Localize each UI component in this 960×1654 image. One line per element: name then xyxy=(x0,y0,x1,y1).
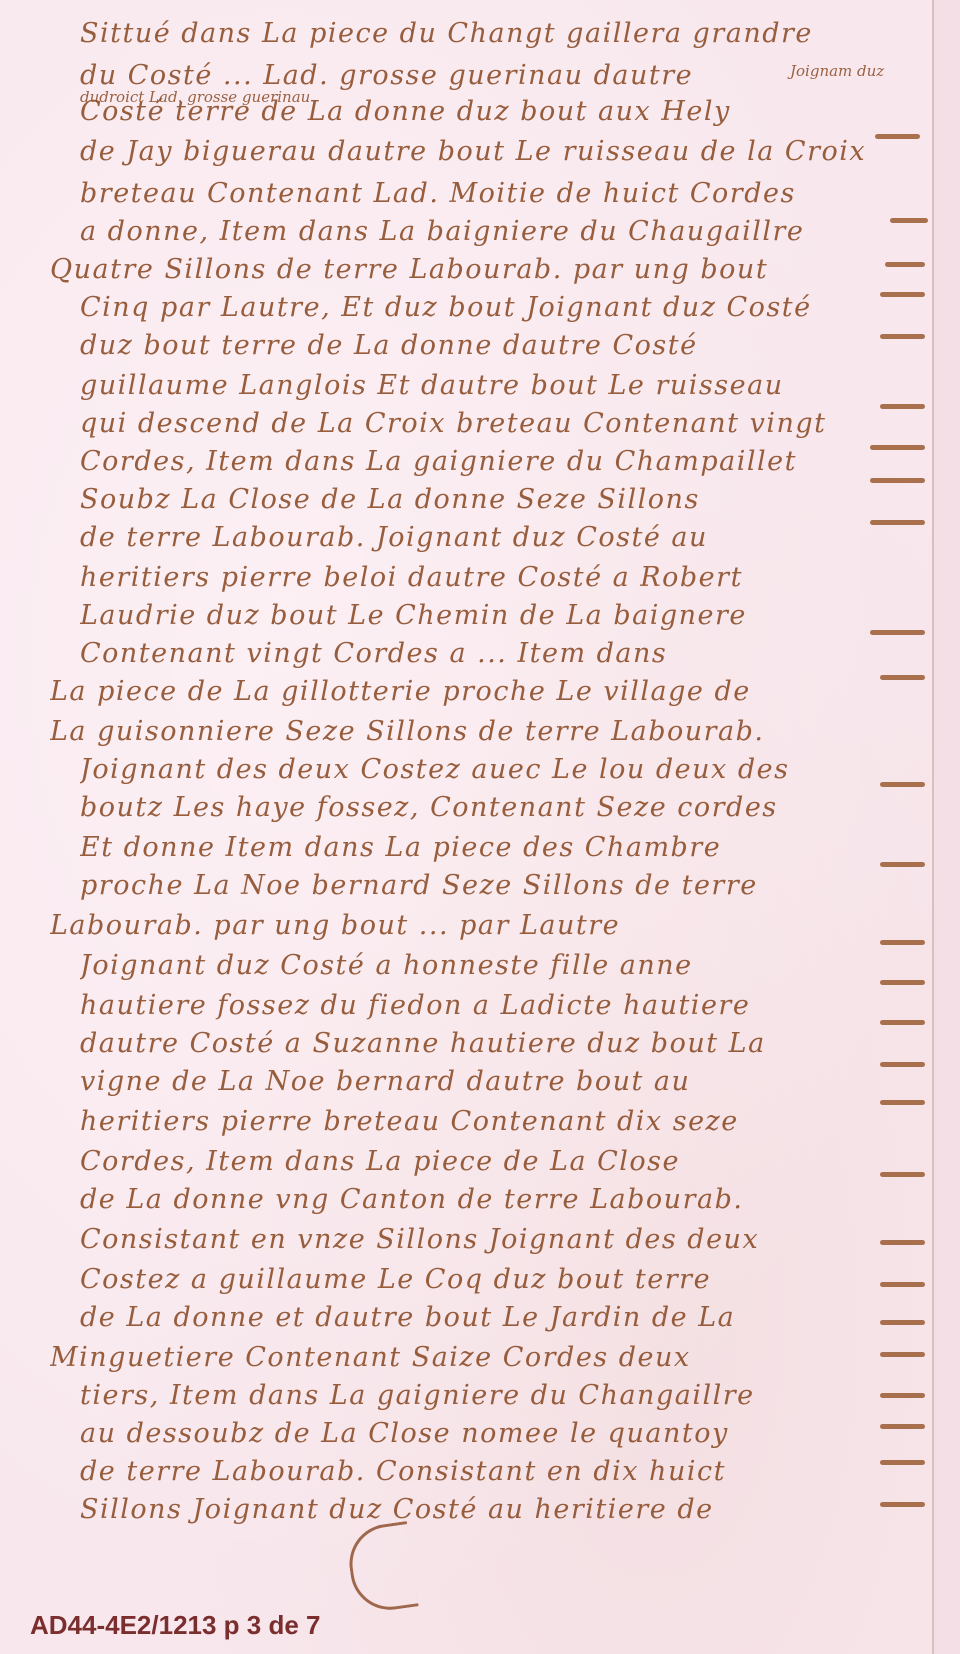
line-filler-dash xyxy=(880,862,925,867)
manuscript-line: Joignant duz Costé a honneste fille anne xyxy=(80,950,940,986)
line-filler-dash xyxy=(880,980,925,985)
manuscript-line: La piece de La gillotterie proche Le vil… xyxy=(50,676,910,712)
manuscript-line: hautiere fossez du fiedon a Ladicte haut… xyxy=(80,990,940,1026)
line-filler-dash xyxy=(880,404,925,409)
line-filler-dash xyxy=(880,1062,925,1067)
line-filler-dash xyxy=(880,334,925,339)
manuscript-line: de La donne et dautre bout Le Jardin de … xyxy=(80,1302,940,1338)
manuscript-line: Laudrie duz bout Le Chemin de La baigner… xyxy=(80,600,940,636)
manuscript-line: dautre Costé a Suzanne hautiere duz bout… xyxy=(80,1028,940,1064)
line-filler-dash xyxy=(870,630,925,635)
line-filler-dash xyxy=(875,134,920,139)
manuscript-line: Joignant des deux Costez auec Le lou deu… xyxy=(80,754,940,790)
manuscript-line: Labourab. par ung bout ... par Lautre xyxy=(50,910,910,946)
manuscript-line: Cinq par Lautre, Et duz bout Joignant du… xyxy=(80,292,940,328)
line-filler-dash xyxy=(880,1424,925,1429)
line-filler-dash xyxy=(880,940,925,945)
line-filler-dash xyxy=(880,1282,925,1287)
manuscript-line: Minguetiere Contenant Saize Cordes deux xyxy=(50,1342,910,1378)
manuscript-line: vigne de La Noe bernard dautre bout au xyxy=(80,1066,940,1102)
manuscript-line: qui descend de La Croix breteau Contenan… xyxy=(80,408,940,444)
manuscript-line: Sittué dans La piece du Changt gaillera … xyxy=(80,18,940,54)
manuscript-line: de terre Labourab. Joignant duz Costé au xyxy=(80,522,940,558)
manuscript-line: Costez a guillaume Le Coq duz bout terre xyxy=(80,1264,940,1300)
manuscript-line: Sillons Joignant duz Costé au heritiere … xyxy=(80,1494,940,1530)
manuscript-page: Joignam duz dudroict Lad. grosse guerina… xyxy=(0,0,938,1654)
manuscript-line: Cordes, Item dans La piece de La Close xyxy=(80,1146,940,1182)
manuscript-line: a donne, Item dans La baigniere du Chaug… xyxy=(80,216,940,252)
manuscript-line: boutz Les haye fossez, Contenant Seze co… xyxy=(80,792,940,828)
manuscript-line: Costé terre de La donne duz bout aux Hel… xyxy=(80,96,940,132)
line-filler-dash xyxy=(890,218,928,223)
line-filler-dash xyxy=(880,1393,925,1398)
manuscript-line: La guisonniere Seze Sillons de terre Lab… xyxy=(50,716,910,752)
line-filler-dash xyxy=(880,292,925,297)
manuscript-line: de Jay biguerau dautre bout Le ruisseau … xyxy=(80,136,940,172)
line-filler-dash xyxy=(880,1352,925,1357)
line-filler-dash xyxy=(870,520,925,525)
line-filler-dash xyxy=(885,262,925,267)
manuscript-line: duz bout terre de La donne dautre Costé xyxy=(80,330,940,366)
manuscript-line: Et donne Item dans La piece des Chambre xyxy=(80,832,940,868)
manuscript-line: Contenant vingt Cordes a ... Item dans xyxy=(80,638,940,674)
manuscript-line: Cordes, Item dans La gaigniere du Champa… xyxy=(80,446,940,482)
line-filler-dash xyxy=(880,1100,925,1105)
manuscript-line: Soubz La Close de La donne Seze Sillons xyxy=(80,484,940,520)
line-filler-dash xyxy=(880,675,925,680)
line-filler-dash xyxy=(870,478,925,483)
manuscript-line: au dessoubz de La Close nomee le quantoy xyxy=(80,1418,940,1454)
manuscript-line: du Costé ... Lad. grosse guerinau dautre xyxy=(80,60,940,96)
manuscript-line: de terre Labourab. Consistant en dix hui… xyxy=(80,1456,940,1492)
manuscript-line: Consistant en vnze Sillons Joignant des … xyxy=(80,1224,940,1260)
manuscript-line: proche La Noe bernard Seze Sillons de te… xyxy=(80,870,940,906)
line-filler-dash xyxy=(880,1240,925,1245)
manuscript-line: guillaume Langlois Et dautre bout Le rui… xyxy=(80,370,940,406)
manuscript-line: de La donne vng Canton de terre Labourab… xyxy=(80,1184,940,1220)
line-filler-dash xyxy=(880,782,925,787)
line-filler-dash xyxy=(880,1502,925,1507)
line-filler-dash xyxy=(880,1320,925,1325)
line-filler-dash xyxy=(870,445,925,450)
manuscript-line: heritiers pierre breteau Contenant dix s… xyxy=(80,1106,940,1142)
line-filler-dash xyxy=(880,1460,925,1465)
manuscript-line: breteau Contenant Lad. Moitie de huict C… xyxy=(80,178,940,214)
manuscript-line: Quatre Sillons de terre Labourab. par un… xyxy=(50,254,910,290)
manuscript-line: heritiers pierre beloi dautre Costé a Ro… xyxy=(80,562,940,598)
manuscript-line: tiers, Item dans La gaigniere du Changai… xyxy=(80,1380,940,1416)
line-filler-dash xyxy=(880,1172,925,1177)
signature-paraphe-mark xyxy=(344,1521,418,1615)
archive-reference-caption: AD44-4E2/1213 p 3 de 7 xyxy=(30,1610,321,1641)
line-filler-dash xyxy=(880,1020,925,1025)
